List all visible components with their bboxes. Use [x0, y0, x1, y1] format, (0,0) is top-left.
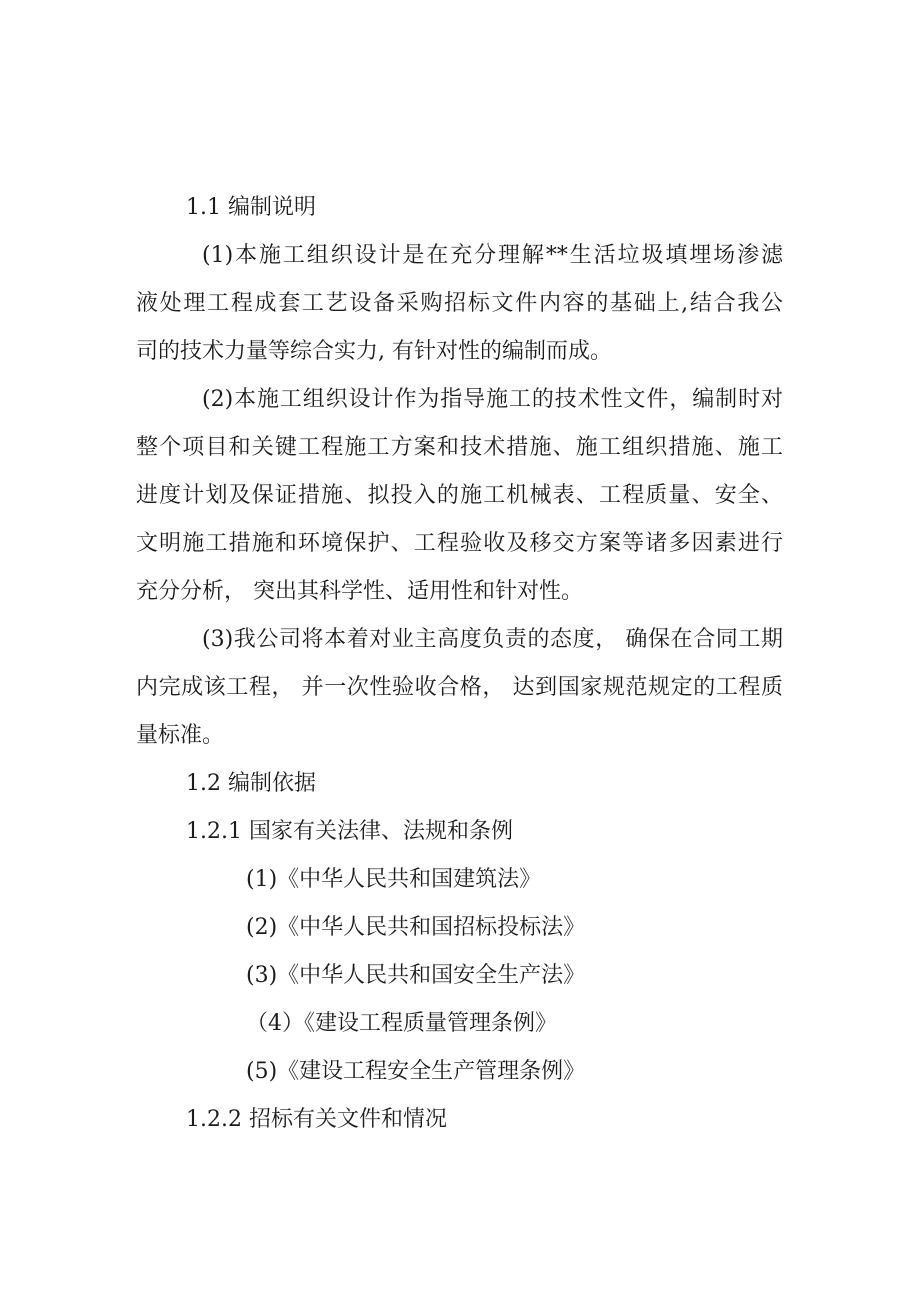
heading-1-1: 1.1 编制说明	[186, 184, 783, 232]
law-item-4: （4）《建设工程质量管理条例》	[246, 1000, 783, 1048]
para-3-line-1: (3)我公司将本着对业主高度负责的态度， 确保在合同工期	[136, 616, 783, 664]
law-item-3: (3)《中华人民共和国安全生产法》	[246, 952, 783, 1000]
law-item-2: (2)《中华人民共和国招标投标法》	[246, 904, 783, 952]
para-2-line-5: 充分分析， 突出其科学性、适用性和针对性。	[136, 568, 783, 616]
para-1-line-1: (1)本施工组织设计是在充分理解**生活垃圾填埋场渗滤	[136, 232, 783, 280]
law-item-1: (1)《中华人民共和国建筑法》	[246, 856, 783, 904]
document-page: 1.1 编制说明 (1)本施工组织设计是在充分理解**生活垃圾填埋场渗滤 液处理…	[0, 0, 920, 1301]
para-1-line-3: 司的技术力量等综合实力, 有针对性的编制而成。	[136, 328, 783, 376]
para-2-line-1: (2)本施工组织设计作为指导施工的技术性文件，编制时对	[136, 376, 783, 424]
para-3-line-3: 量标准。	[136, 712, 783, 760]
para-2-line-3: 进度计划及保证措施、拟投入的施工机械表、工程质量、安全、	[136, 472, 783, 520]
heading-1-2-2: 1.2.2 招标有关文件和情况	[186, 1096, 783, 1144]
para-1-line-2: 液处理工程成套工艺设备采购招标文件内容的基础上,结合我公	[136, 280, 783, 328]
heading-1-2-1: 1.2.1 国家有关法律、法规和条例	[186, 808, 783, 856]
heading-1-2: 1.2 编制依据	[186, 760, 783, 808]
law-item-5: (5)《建设工程安全生产管理条例》	[246, 1048, 783, 1096]
para-3-line-2: 内完成该工程， 并一次性验收合格， 达到国家规范规定的工程质	[136, 664, 783, 712]
para-2-line-4: 文明施工措施和环境保护、工程验收及移交方案等诸多因素进行	[136, 520, 783, 568]
para-2-line-2: 整个项目和关键工程施工方案和技术措施、施工组织措施、施工	[136, 424, 783, 472]
